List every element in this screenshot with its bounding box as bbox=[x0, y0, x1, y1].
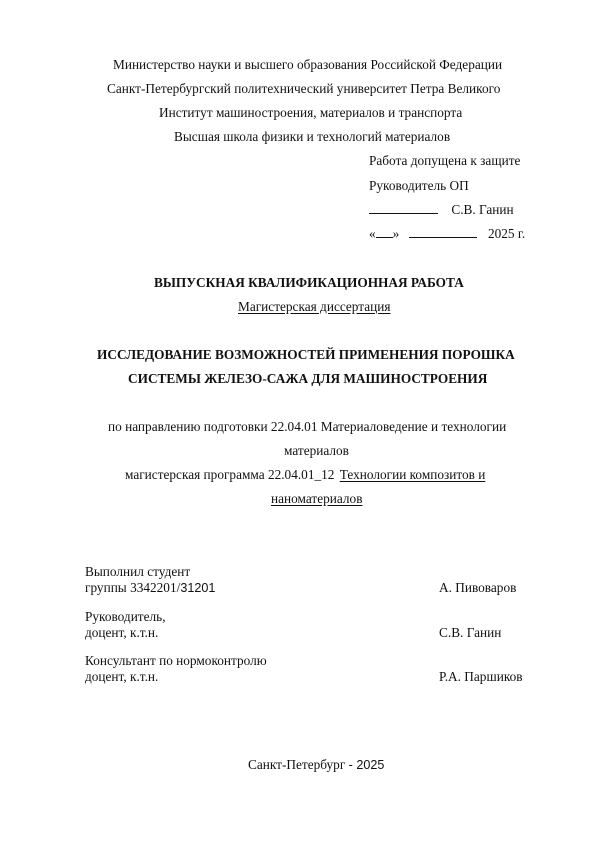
date-close-quote: » bbox=[393, 226, 400, 241]
month-blank bbox=[409, 226, 477, 238]
signature-consultant: Консультант по нормоконтролю доцент, к.т… bbox=[85, 653, 267, 685]
consultant-role: Консультант по нормоконтролю bbox=[85, 653, 267, 669]
student-role: Выполнил студент bbox=[85, 564, 215, 580]
approval-date-line: «» 2025 г. bbox=[369, 226, 525, 242]
header-university: Санкт-Петербургский политехнический унив… bbox=[107, 81, 500, 97]
student-name: А. Пивоваров bbox=[439, 580, 516, 596]
footer-city: Санкт-Петербург bbox=[248, 757, 345, 772]
group-prefix: группы 3342201/ bbox=[85, 580, 180, 595]
student-group: группы 3342201/31201 bbox=[85, 580, 215, 596]
day-blank bbox=[376, 226, 393, 238]
group-suffix: 31201 bbox=[180, 581, 215, 595]
consultant-name: Р.А. Паршиков bbox=[439, 669, 523, 685]
signature-student: Выполнил студент группы 3342201/31201 bbox=[85, 564, 215, 596]
work-title-line1: ИССЛЕДОВАНИЕ ВОЗМОЖНОСТЕЙ ПРИМЕНЕНИЯ ПОР… bbox=[97, 347, 515, 363]
footer-year: - 2025 bbox=[349, 758, 385, 772]
direction-line1: по направлению подготовки 22.04.01 Матер… bbox=[108, 419, 506, 435]
approval-head-name: С.В. Ганин bbox=[451, 202, 513, 217]
work-subtype: Магистерская диссертация bbox=[238, 299, 391, 315]
program-prefix: магистерская программа 22.04.01_12 bbox=[125, 467, 334, 482]
supervisor-role: Руководитель, bbox=[85, 609, 166, 625]
footer: Санкт-Петербург - 2025 bbox=[248, 757, 384, 773]
program-line: магистерская программа 22.04.01_12 Техно… bbox=[125, 467, 485, 483]
approval-admitted: Работа допущена к защите bbox=[369, 153, 520, 169]
header-ministry: Министерство науки и высшего образования… bbox=[113, 57, 502, 73]
work-title-line2: СИСТЕМЫ ЖЕЛЕЗО-САЖА ДЛЯ МАШИНОСТРОЕНИЯ bbox=[128, 371, 487, 387]
header-institute: Институт машиностроения, материалов и тр… bbox=[159, 105, 462, 121]
supervisor-name: С.В. Ганин bbox=[439, 625, 501, 641]
program-name-line2: наноматериалов bbox=[271, 491, 362, 507]
header-school: Высшая школа физики и технологий материа… bbox=[174, 129, 450, 145]
work-type: ВЫПУСКНАЯ КВАЛИФИКАЦИОННАЯ РАБОТА bbox=[154, 275, 464, 291]
date-open-quote: « bbox=[369, 226, 376, 241]
signature-supervisor: Руководитель, доцент, к.т.н. bbox=[85, 609, 166, 641]
approval-year: 2025 г. bbox=[488, 226, 525, 241]
signature-blank bbox=[369, 202, 438, 214]
approval-head-title: Руководитель ОП bbox=[369, 178, 469, 194]
supervisor-degree: доцент, к.т.н. bbox=[85, 625, 166, 641]
program-name-line1: Технологии композитов и bbox=[340, 467, 486, 482]
consultant-degree: доцент, к.т.н. bbox=[85, 669, 267, 685]
direction-line2: материалов bbox=[284, 443, 349, 459]
approval-signature-line: С.В. Ганин bbox=[369, 202, 514, 218]
